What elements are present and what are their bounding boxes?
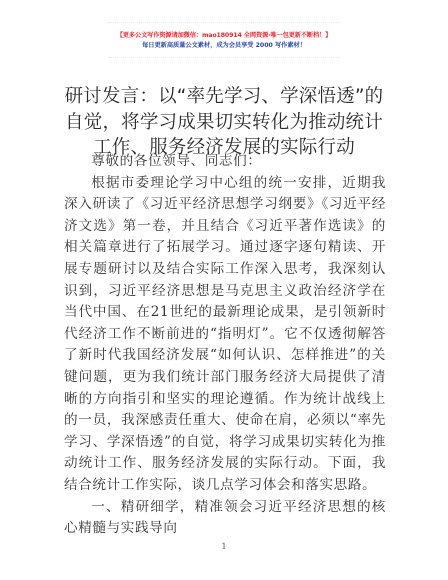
section-heading-1: 一、精研细学，精准领会习近平经济思想的核心精髓与实践导向 xyxy=(64,497,386,540)
promo-header: 【更多公文写作资源请加微信：mao180914 全网资源·唯一包更新不断档！】 … xyxy=(108,22,340,58)
document-title: 研讨发言：以“率先学习、学深悟透”的自觉，将学习成果切实转化为推动统计工作、服务… xyxy=(56,84,392,161)
document-page: 【更多公文写作资源请加微信：mao180914 全网资源·唯一包更新不断档！】 … xyxy=(0,0,448,580)
greeting: 尊敬的各位领导、同志们： xyxy=(64,151,386,173)
document-body: 尊敬的各位领导、同志们： 根据市委理论学习中心组的统一安排，近期我深入研读了《习… xyxy=(64,151,386,540)
page-number: 1 xyxy=(0,542,448,551)
promo-header-line1: 【更多公文写作资源请加微信：mao180914 全网资源·唯一包更新不断档！】 xyxy=(108,31,340,41)
paragraph-intro: 根据市委理论学习中心组的统一安排，近期我深入研读了《习近平经济思想学习纲要》《习… xyxy=(64,173,386,497)
promo-header-line2: 每日更新高质量公文素材，成为会员享受 2000 写作素材！ xyxy=(108,41,340,51)
